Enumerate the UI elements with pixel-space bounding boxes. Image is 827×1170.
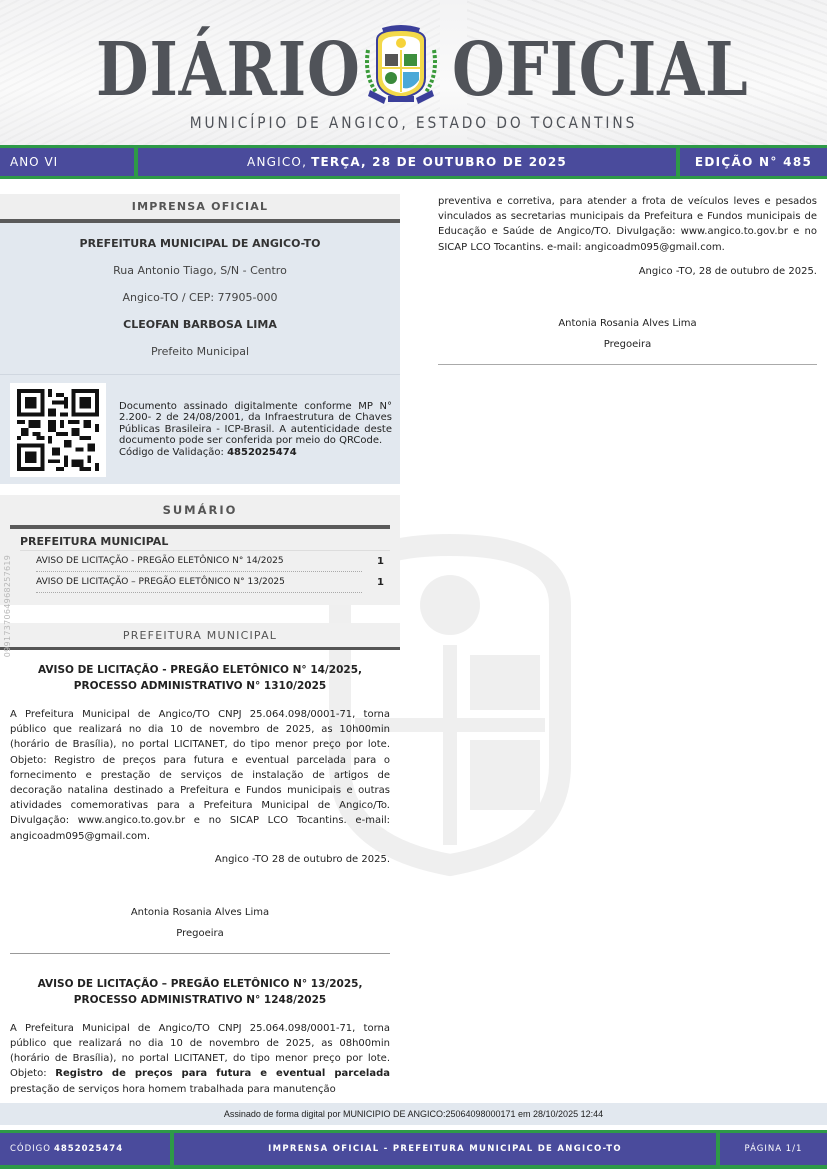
article-signer-role: Pregoeira <box>10 928 390 939</box>
summary-item-label[interactable]: AVISO DE LICITAÇÃO - PREGÃO ELETÔNICO N°… <box>36 551 362 572</box>
masthead-title-left: DIÁRIO <box>96 30 361 110</box>
article-body: A Prefeitura Municipal de Angico/TO CNPJ… <box>10 707 390 844</box>
year-label: ANO VI <box>0 148 134 176</box>
validation-label: Código de Validação: <box>119 447 224 458</box>
mayor-name: CLEOFAN BARBOSA LIMA <box>0 318 400 332</box>
article-divider <box>10 953 390 954</box>
article-body: A Prefeitura Municipal de Angico/TO CNPJ… <box>10 1021 390 1097</box>
footer-page-number: PÁGINA 1/1 <box>720 1133 827 1165</box>
article-divider <box>438 364 817 365</box>
mayor-title: Prefeito Municipal <box>0 345 400 374</box>
org-address: Rua Antonio Tiago, S/N - Centro <box>0 264 400 278</box>
coat-of-arms-icon <box>362 20 440 106</box>
side-serial-number: 0991737064968257619 <box>3 551 15 661</box>
footer-code-label: CÓDIGO <box>10 1144 51 1154</box>
footer-bar: CÓDIGO 4852025474 IMPRENSA OFICIAL - PRE… <box>0 1130 827 1169</box>
article-title: AVISO DE LICITAÇÃO - PREGÃO ELETÔNICO N°… <box>10 662 390 694</box>
signature-text: Documento assinado digitalmente conforme… <box>119 401 392 447</box>
article-body-rest: prestação de serviços hora homem trabalh… <box>10 1084 336 1095</box>
org-name: PREFEITURA MUNICIPAL DE ANGICO-TO <box>0 237 400 251</box>
edition-number: EDIÇÃO N° 485 <box>680 148 827 176</box>
summary: SUMÁRIO PREFEITURA MUNICIPAL AVISO DE LI… <box>0 495 400 605</box>
summary-item[interactable]: AVISO DE LICITAÇÃO - PREGÃO ELETÔNICO N°… <box>36 551 384 572</box>
validation-code: 4852025474 <box>227 447 297 458</box>
footer-code-value: 4852025474 <box>54 1144 123 1154</box>
article-signer: Antonia Rosania Alves Lima <box>438 318 817 329</box>
digital-signature-strip: Assinado de forma digital por MUNICIPIO … <box>0 1103 827 1125</box>
article-signer: Antonia Rosania Alves Lima <box>10 907 390 918</box>
right-column: preventiva e corretiva, para atender a f… <box>438 194 817 365</box>
imprensa-heading: IMPRENSA OFICIAL <box>0 194 400 223</box>
header-bar: ANO VI ANGICO, TERÇA, 28 DE OUTUBRO DE 2… <box>0 145 827 179</box>
signature-notice: Documento assinado digitalmente conforme… <box>119 401 392 459</box>
summary-item[interactable]: AVISO DE LICITAÇÃO – PREGÃO ELETÔNICO N°… <box>36 572 384 593</box>
summary-item-page: 1 <box>374 577 384 588</box>
summary-item-label[interactable]: AVISO DE LICITAÇÃO – PREGÃO ELETÔNICO N°… <box>36 572 362 593</box>
masthead: DIÁRIO OFICIAL MUNICÍPIO DE ANGICO, ESTA… <box>0 0 827 146</box>
masthead-subtitle: MUNICÍPIO DE ANGICO, ESTADO DO TOCANTINS <box>58 113 769 132</box>
article-title: AVISO DE LICITAÇÃO – PREGÃO ELETÔNICO N°… <box>10 976 390 1008</box>
masthead-title-right: OFICIAL <box>452 30 748 110</box>
section-heading: PREFEITURA MUNICIPAL <box>0 623 400 650</box>
qr-code[interactable] <box>10 383 106 477</box>
left-column: IMPRENSA OFICIAL PREFEITURA MUNICIPAL DE… <box>0 194 400 1097</box>
article-date: Angico -TO 28 de outubro de 2025. <box>10 854 390 865</box>
summary-heading: SUMÁRIO <box>10 495 390 529</box>
article-continuation: preventiva e corretiva, para atender a f… <box>438 194 817 255</box>
footer-publisher: IMPRENSA OFICIAL - PREFEITURA MUNICIPAL … <box>174 1133 716 1165</box>
article-pregao-13: AVISO DE LICITAÇÃO – PREGÃO ELETÔNICO N°… <box>0 976 400 1097</box>
summary-item-page: 1 <box>374 556 384 567</box>
article-signer-role: Pregoeira <box>438 339 817 350</box>
issue-date-text: TERÇA, 28 DE OUTUBRO DE 2025 <box>311 155 567 169</box>
footer-code: CÓDIGO 4852025474 <box>0 1133 170 1165</box>
org-city-cep: Angico-TO / CEP: 77905-000 <box>0 291 400 305</box>
article-pregao-14: AVISO DE LICITAÇÃO - PREGÃO ELETÔNICO N°… <box>0 662 400 954</box>
qr-code-icon <box>17 389 99 471</box>
digital-signature-box: Documento assinado digitalmente conforme… <box>0 374 400 484</box>
page-margin <box>0 1095 827 1103</box>
issue-city: ANGICO, <box>247 155 307 169</box>
article-body-bold: Registro de preços para futura e eventua… <box>55 1068 390 1079</box>
issue-date: ANGICO, TERÇA, 28 DE OUTUBRO DE 2025 <box>138 148 676 176</box>
article-date: Angico -TO, 28 de outubro de 2025. <box>438 266 817 277</box>
imprensa-info: PREFEITURA MUNICIPAL DE ANGICO-TO Rua An… <box>0 223 400 374</box>
summary-group: PREFEITURA MUNICIPAL <box>20 535 390 551</box>
